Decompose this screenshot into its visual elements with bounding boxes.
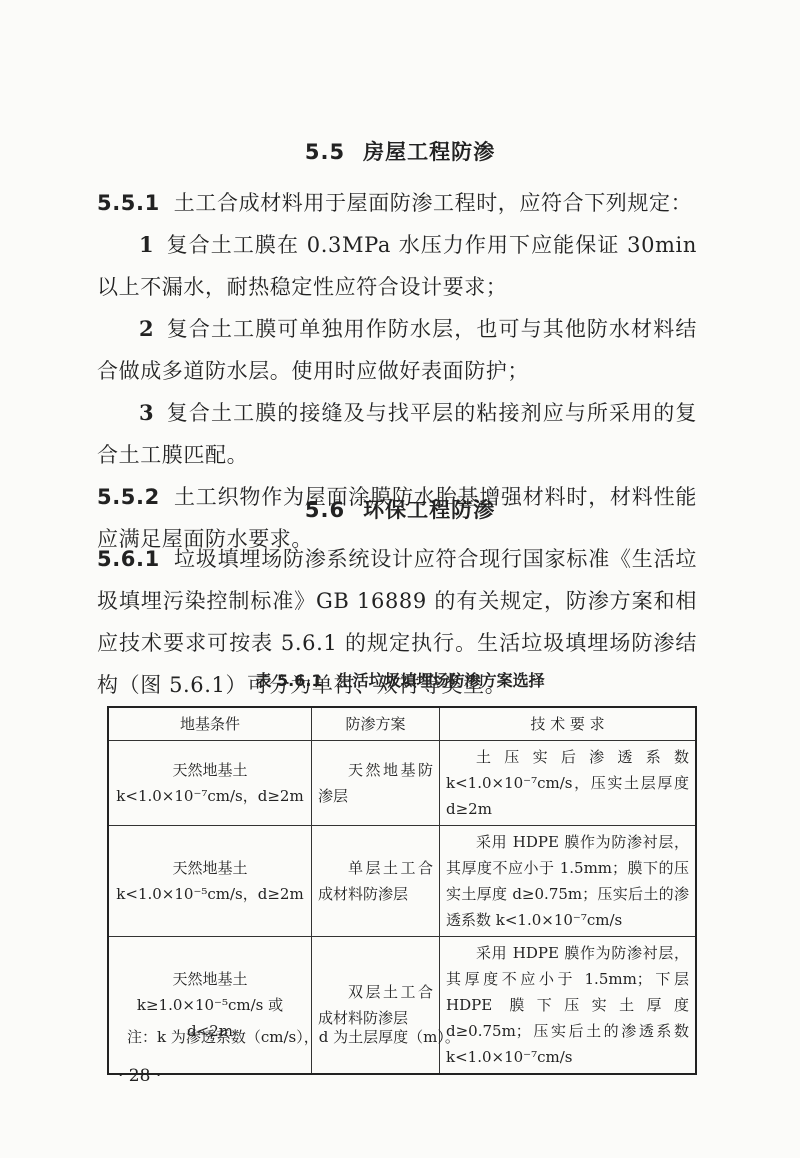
- clause-text: 土工合成材料用于屋面防渗工程时，应符合下列规定：: [174, 191, 692, 215]
- clause-number: 5.5.1: [97, 191, 160, 215]
- section-number: 5.5: [305, 140, 345, 164]
- page-number: · 28 ·: [118, 1066, 161, 1086]
- scheme-cell: 天然地基防渗层: [312, 741, 440, 826]
- section-number: 5.6: [305, 498, 345, 522]
- table-caption: 表 5.6.1生活垃圾填埋场防渗方案选择: [0, 668, 800, 691]
- foundation-condition-cell: 天然地基土k<1.0×10⁻⁵cm/s，d≥2m: [108, 826, 312, 937]
- clause-number: 5.6.1: [97, 547, 160, 571]
- requirement-cell: 土压实后渗透系数 k<1.0×10⁻⁷cm/s，压实土层厚度 d≥2m: [440, 741, 697, 826]
- table-row: 天然地基土k<1.0×10⁻⁷cm/s，d≥2m 天然地基防渗层 土压实后渗透系…: [108, 741, 696, 826]
- column-header: 防渗方案: [312, 707, 440, 741]
- table-row: 天然地基土k<1.0×10⁻⁵cm/s，d≥2m 单层土工合成材料防渗层 采用 …: [108, 826, 696, 937]
- requirement-cell: 采用 HDPE 膜作为防渗衬层，其厚度不应小于 1.5mm；下层 HDPE 膜下…: [440, 937, 697, 1075]
- foundation-condition-cell: 天然地基土k<1.0×10⁻⁷cm/s，d≥2m: [108, 741, 312, 826]
- list-item: 2复合土工膜可单独用作防水层，也可与其他防水材料结合做成多道防水层。使用时应做好…: [97, 308, 697, 392]
- table-header-row: 地基条件 防渗方案 技 术 要 求: [108, 707, 696, 741]
- section-5-5-heading: 5.5房屋工程防渗: [0, 136, 800, 166]
- scheme-cell: 单层土工合成材料防渗层: [312, 826, 440, 937]
- requirement-cell: 采用 HDPE 膜作为防渗衬层，其厚度不应小于 1.5mm；膜下的压实土厚度 d…: [440, 826, 697, 937]
- table-note: 注：k 为渗透系数（cm/s），d 为土层厚度（m）。: [127, 1026, 460, 1047]
- seepage-scheme-table: 地基条件 防渗方案 技 术 要 求 天然地基土k<1.0×10⁻⁷cm/s，d≥…: [107, 706, 697, 1075]
- list-item: 3复合土工膜的接缝及与找平层的粘接剂应与所采用的复合土工膜匹配。: [97, 392, 697, 476]
- foundation-condition-cell: 天然地基土k≥1.0×10⁻⁵cm/s 或 d<2m: [108, 937, 312, 1075]
- section-title: 房屋工程防渗: [363, 140, 495, 164]
- scheme-cell: 双层土工合成材料防渗层: [312, 937, 440, 1075]
- column-header: 地基条件: [108, 707, 312, 741]
- section-5-6-heading: 5.6环保工程防渗: [0, 494, 800, 524]
- section-title: 环保工程防渗: [363, 498, 495, 522]
- column-header: 技 术 要 求: [440, 707, 697, 741]
- table-row: 天然地基土k≥1.0×10⁻⁵cm/s 或 d<2m 双层土工合成材料防渗层 采…: [108, 937, 696, 1075]
- list-item: 1复合土工膜在 0.3MPa 水压力作用下应能保证 30min 以上不漏水，耐热…: [97, 224, 697, 308]
